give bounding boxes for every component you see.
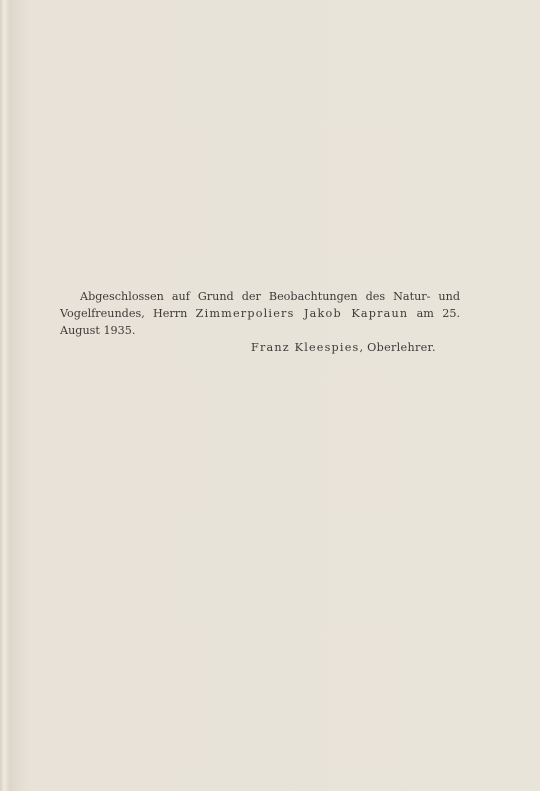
- signature: Franz Kleespies, Oberlehrer.: [251, 341, 436, 354]
- observer-name: Zimmerpoliers Jakob Kapraun: [196, 307, 409, 320]
- closing-note: Abgeschlossen auf Grund der Beobachtunge…: [60, 288, 460, 339]
- signature-title: , Oberlehrer.: [359, 341, 435, 354]
- signature-name: Franz Kleespies: [251, 341, 359, 354]
- closing-paragraph: Abgeschlossen auf Grund der Beobachtunge…: [60, 288, 460, 339]
- document-page: Abgeschlossen auf Grund der Beobachtunge…: [0, 0, 540, 791]
